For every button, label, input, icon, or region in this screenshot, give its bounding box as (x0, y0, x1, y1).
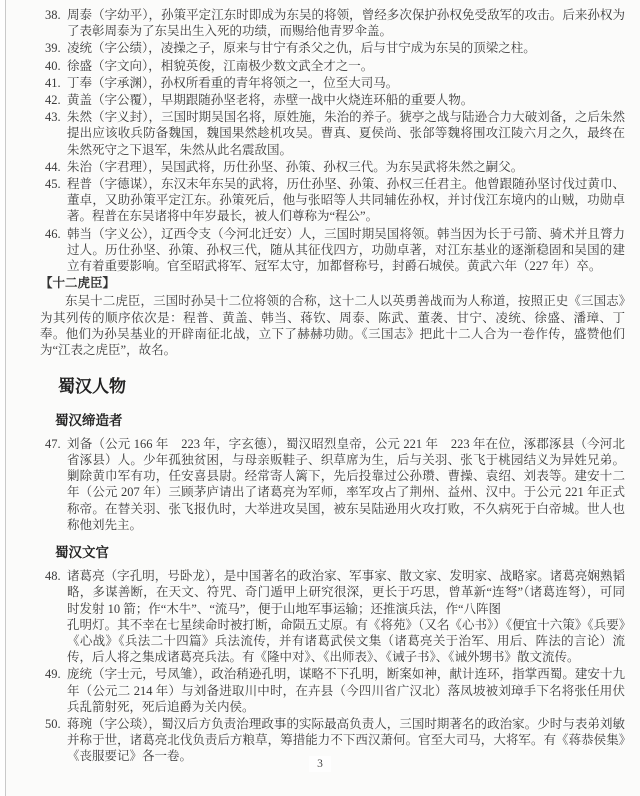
list-item-text: 周泰（字幼平），孙策平定江东时即成为东吴的将领，曾经多次保护孙权免受敌军的攻击。… (67, 7, 625, 39)
list-item-text: 朱治（字君理），吴国武将，历仕孙坚、孙策、孙权三代。为东吴武将朱然之嗣父。 (67, 159, 625, 175)
list-item-number: 47. (45, 436, 67, 533)
document-page: 38. 周泰（字幼平），孙策平定江东时即成为东吴的将领，曾经多次保护孙权免受敌军… (0, 0, 640, 796)
list-item: 38. 周泰（字幼平），孙策平定江东时即成为东吴的将领，曾经多次保护孙权免受敌军… (45, 7, 625, 39)
page-number-value: 3 (309, 756, 331, 772)
list-item-number: 41. (45, 75, 67, 91)
list-item-number: 48. (45, 568, 67, 665)
list-item: 42. 黄盖（字公覆），早期跟随孙坚老将，赤壁一战中火烧连环船的重要人物。 (45, 92, 625, 108)
list-item-text: 庞统（字士元，号凤雏），政治稍逊孔明，谋略不下孔明，断案如神，献计连环，指掌西蜀… (67, 666, 625, 715)
list-item: 40. 徐盛（字文向），相貌英俊，江南极少数文武全才之一。 (45, 58, 625, 74)
list-item-number: 49. (45, 666, 67, 715)
list-item-text: 刘备（公元 166 年 223 年，字玄德），蜀汉昭烈皇帝，公元 221 年 2… (67, 436, 625, 533)
list-item: 47. 刘备（公元 166 年 223 年，字玄德），蜀汉昭烈皇帝，公元 221… (45, 436, 625, 533)
list-item: 44. 朱治（字君理），吴国武将，历仕孙坚、孙策、孙权三代。为东吴武将朱然之嗣父… (45, 159, 625, 175)
list-item-text: 诸葛亮（字孔明，号卧龙），是中国著名的政治家、军事家、散文家、发明家、战略家。诸… (67, 568, 625, 665)
list-item-number: 43. (45, 109, 67, 158)
list-item: 49. 庞统（字士元，号凤雏），政治稍逊孔明，谋略不下孔明，断案如神，献计连环，… (45, 666, 625, 715)
subsection-heading-civil: 蜀汉文官 (55, 541, 625, 561)
list-item: 41. 丁奉（字承渊），孙权所看重的青年将领之一，位至大司马。 (45, 75, 625, 91)
list-item-text: 朱然（字义封），三国时期吴国名将，原姓施，朱治的养子。猇亭之战与陆逊合力大破刘备… (67, 109, 625, 158)
list-item-number: 46. (45, 226, 67, 275)
list-item-text: 程普（字德谋），东汉末年东吴的武将，历仕孙坚、孙策、孙权三任君主。他曾跟随孙坚讨… (67, 176, 625, 225)
list-item-number: 45. (45, 176, 67, 225)
list-item-number: 39. (45, 40, 67, 56)
list-item-number: 40. (45, 58, 67, 74)
list-item: 48. 诸葛亮（字孔明，号卧龙），是中国著名的政治家、军事家、散文家、发明家、战… (45, 568, 625, 665)
list-item: 45. 程普（字德谋），东汉末年东吴的武将，历仕孙坚、孙策、孙权三任君主。他曾跟… (45, 176, 625, 225)
tiger-generals-paragraph: 东吴十二虎臣，三国时孙吴十二位将领的合称，这十二人以英勇善战而为人称道，按照正史… (40, 293, 625, 359)
list-item-text: 韩当（字义公），辽西令支（今河北迁安）人，三国时期吴国将领。韩当因为长于弓箭、骑… (67, 226, 625, 275)
section-heading-shu-han: 蜀汉人物 (58, 372, 625, 397)
list-item-text: 凌统（字公绩），凌操之子，原来与甘宁有杀父之仇，后与甘宁成为东吴的顶梁之柱。 (67, 40, 625, 56)
list-item-text: 丁奉（字承渊），孙权所看重的青年将领之一，位至大司马。 (67, 75, 625, 91)
tiger-generals-label: 【十二虎臣】 (40, 275, 625, 292)
list-item-text: 黄盖（字公覆），早期跟随孙坚老将，赤壁一战中火烧连环船的重要人物。 (67, 92, 625, 108)
list-item-number: 42. (45, 92, 67, 108)
list-item-text: 徐盛（字文向），相貌英俊，江南极少数文武全才之一。 (67, 58, 625, 74)
page-number: 3 (0, 758, 640, 770)
subsection-heading-founder: 蜀汉缔造者 (55, 409, 625, 429)
list-item: 46. 韩当（字义公），辽西令支（今河北迁安）人，三国时期吴国将领。韩当因为长于… (45, 226, 625, 275)
list-item-number: 38. (45, 7, 67, 39)
list-item: 39. 凌统（字公绩），凌操之子，原来与甘宁有杀父之仇，后与甘宁成为东吴的顶梁之… (45, 40, 625, 56)
list-item-number: 44. (45, 159, 67, 175)
list-item: 43. 朱然（字义封），三国时期吴国名将，原姓施，朱治的养子。猇亭之战与陆逊合力… (45, 109, 625, 158)
